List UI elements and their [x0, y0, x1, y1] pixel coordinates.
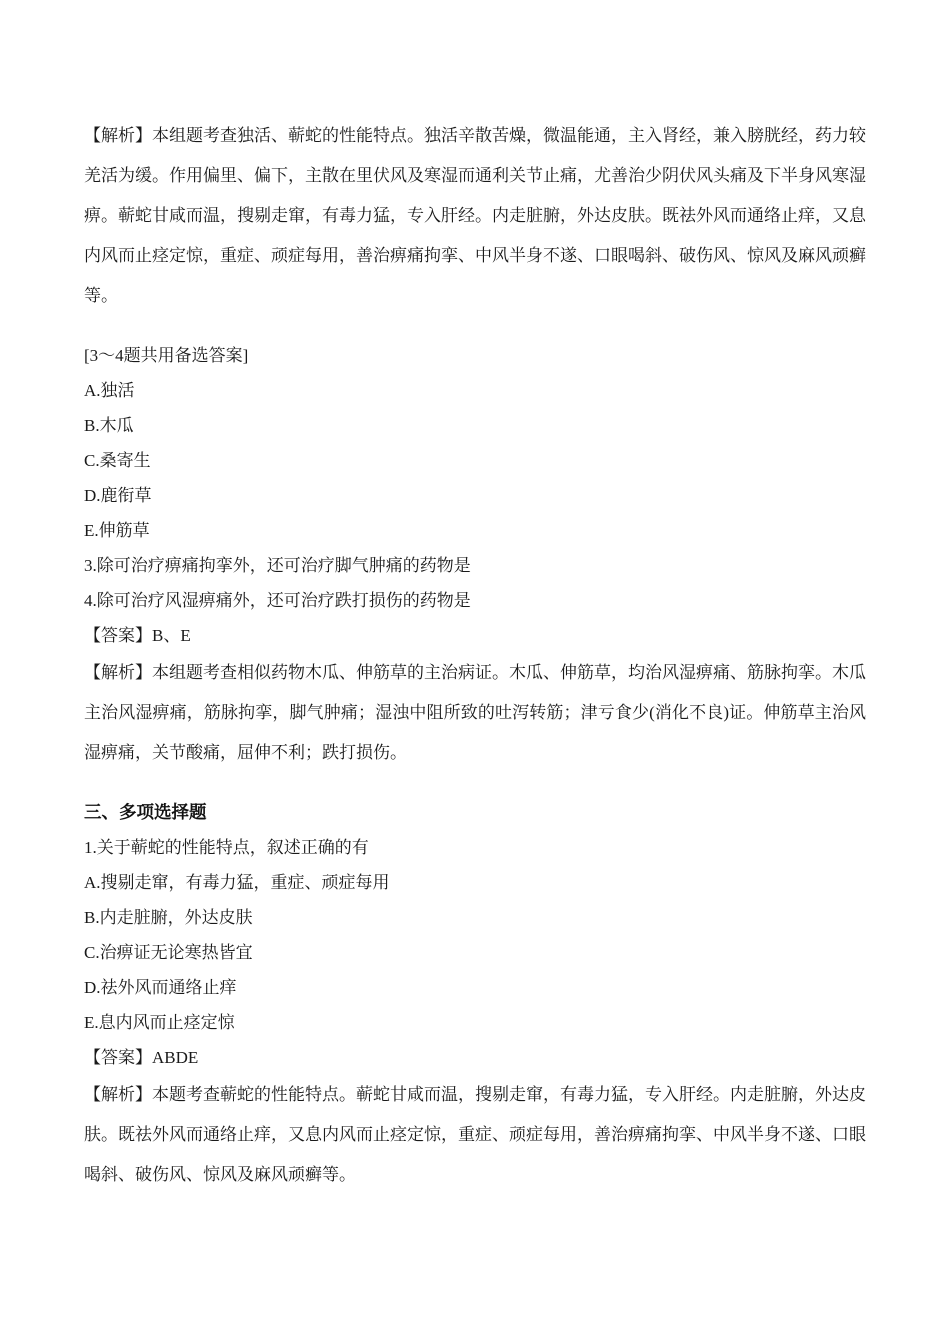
multi-option-b: B.内走脏腑，外达皮肤	[84, 900, 866, 935]
analysis-q3-4: 【解析】本组题考查相似药物木瓜、伸筋草的主治病证。木瓜、伸筋草，均治风湿痹痛、筋…	[84, 653, 866, 773]
section-heading-multiple-choice: 三、多项选择题	[84, 795, 866, 830]
answer-q3-4: 【答案】B、E	[84, 618, 866, 653]
document-body: 【解析】本组题考查独活、蕲蛇的性能特点。独活辛散苦燥，微温能通，主入肾经，兼入膀…	[84, 116, 866, 1195]
option-c: C.桑寄生	[84, 443, 866, 478]
option-e: E.伸筋草	[84, 513, 866, 548]
shared-options-header: [3～4题共用备选答案]	[84, 338, 866, 373]
analysis-multi-1: 【解析】本题考查蕲蛇的性能特点。蕲蛇甘咸而温，搜剔走窜，有毒力猛，专入肝经。内走…	[84, 1075, 866, 1195]
blank-line-1	[84, 316, 866, 338]
blank-line-2	[84, 773, 866, 795]
multi-option-c: C.治痹证无论寒热皆宜	[84, 935, 866, 970]
option-d: D.鹿衔草	[84, 478, 866, 513]
analysis-q1-2: 【解析】本组题考查独活、蕲蛇的性能特点。独活辛散苦燥，微温能通，主入肾经，兼入膀…	[84, 116, 866, 316]
multi-option-d: D.祛外风而通络止痒	[84, 970, 866, 1005]
question-4: 4.除可治疗风湿痹痛外，还可治疗跌打损伤的药物是	[84, 583, 866, 618]
multi-option-a: A.搜剔走窜，有毒力猛，重症、顽症每用	[84, 865, 866, 900]
question-3: 3.除可治疗痹痛拘挛外，还可治疗脚气肿痛的药物是	[84, 548, 866, 583]
multi-question-1: 1.关于蕲蛇的性能特点，叙述正确的有	[84, 830, 866, 865]
option-b: B.木瓜	[84, 408, 866, 443]
option-a: A.独活	[84, 373, 866, 408]
answer-multi-1: 【答案】ABDE	[84, 1040, 866, 1075]
multi-option-e: E.息内风而止痉定惊	[84, 1005, 866, 1040]
document-page: 【解析】本组题考查独活、蕲蛇的性能特点。独活辛散苦燥，微温能通，主入肾经，兼入膀…	[0, 0, 950, 1344]
